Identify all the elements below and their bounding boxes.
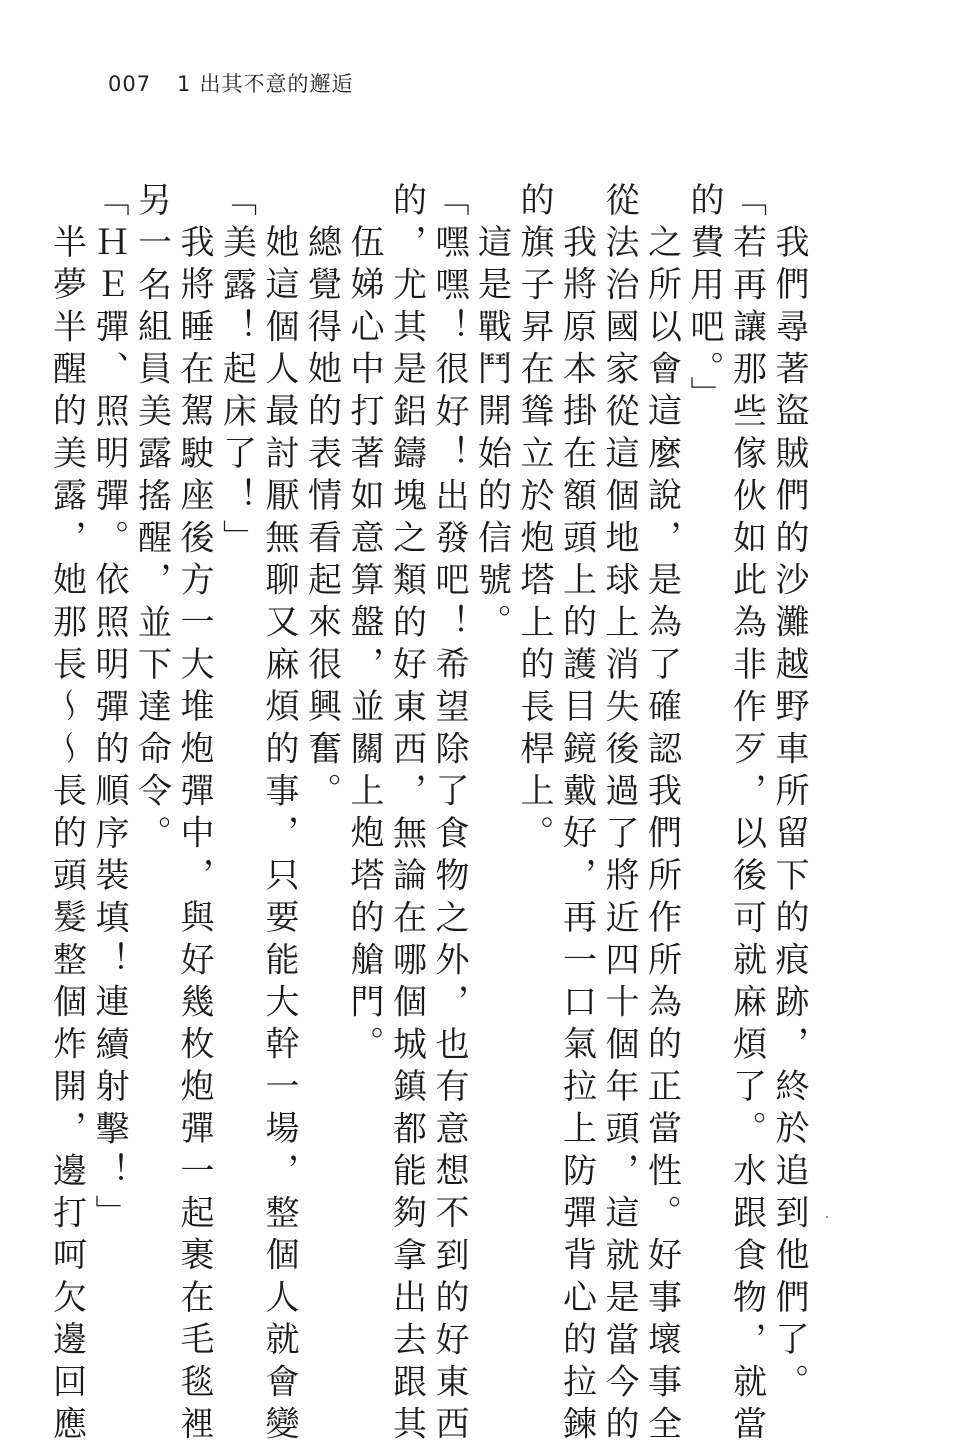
text-line: 她這個人最討厭無聊又麻煩的事，只要能大幹一場，整個人就會變得很亢奮。 <box>258 182 301 1382</box>
text-line: 我將睡在駕駛座後方一大堆炮彈中，與好幾枚炮彈一起裹在毛毯裡，睡得像芋蟲一樣的 <box>173 182 216 1382</box>
text-line: 從法治國家從這個地球上消失後過了將近四十個年頭，這就是當今的行事作法。 <box>598 182 641 1382</box>
chapter-title: 出其不意的邂逅 <box>199 72 353 96</box>
text-line: 這是戰鬥開始的信號。 <box>470 182 513 1382</box>
text-line: 「嘿嘿！很好！出發吧！希望除了食物之外，也有意想不到的好東西！像是固態燃料之類 <box>428 182 471 1382</box>
vertical-text-body: 我們尋著盜賊們的沙灘越野車所留下的痕跡，終於追到他們了。 「若再讓那些傢伙如此為… <box>90 182 810 1382</box>
text-line: 伍娣心中打著如意算盤，並關上炮塔的艙門。 <box>343 182 386 1382</box>
text-line: 的費用吧。」 <box>683 182 726 1382</box>
running-head: 0071出其不意的邂逅 <box>108 68 353 98</box>
text-line: 另一名組員美露搖醒，並下達命令。 <box>130 182 173 1382</box>
page-number: 007 <box>108 72 151 96</box>
text-line: 「ＨＥ彈、照明彈。依照明彈的順序裝填！連續射擊！」 <box>88 182 131 1382</box>
print-speck <box>826 1216 828 1218</box>
text-line: 的旗子昇在聳立於炮塔上的長桿上。 <box>513 182 556 1382</box>
text-line: 「美露！起床了！」 <box>215 182 258 1382</box>
text-line: 的，尤其是鋁鑄塊之類的好東西，無論在哪個城鎮都能夠拿出去跟其他人交換東西。」 <box>385 182 428 1382</box>
text-line: 總覺得她的表情看起來很興奮。 <box>300 182 343 1382</box>
text-line: 我將原本掛在額頭上的護目鏡戴好，再一口氣拉上防彈背心的拉鍊。伍娣將印有骷顱頭 <box>555 182 598 1382</box>
text-line: 之所以會這麼說，是為了確認我們所作所為的正當性。好事壞事全由我們自己作主！自 <box>640 182 683 1382</box>
text-line: 我們尋著盜賊們的沙灘越野車所留下的痕跡，終於追到他們了。 <box>768 182 811 1382</box>
text-line: 半夢半醒的美露，她那長～～長的頭髮整個炸開，邊打呵欠邊回應： <box>45 182 88 1382</box>
text-line: 「若再讓那些傢伙如此為非作歹，以後可就麻煩了。水跟食物，就當作是擊退他們所收取 <box>725 182 768 1382</box>
chapter-number: 1 <box>177 72 191 96</box>
